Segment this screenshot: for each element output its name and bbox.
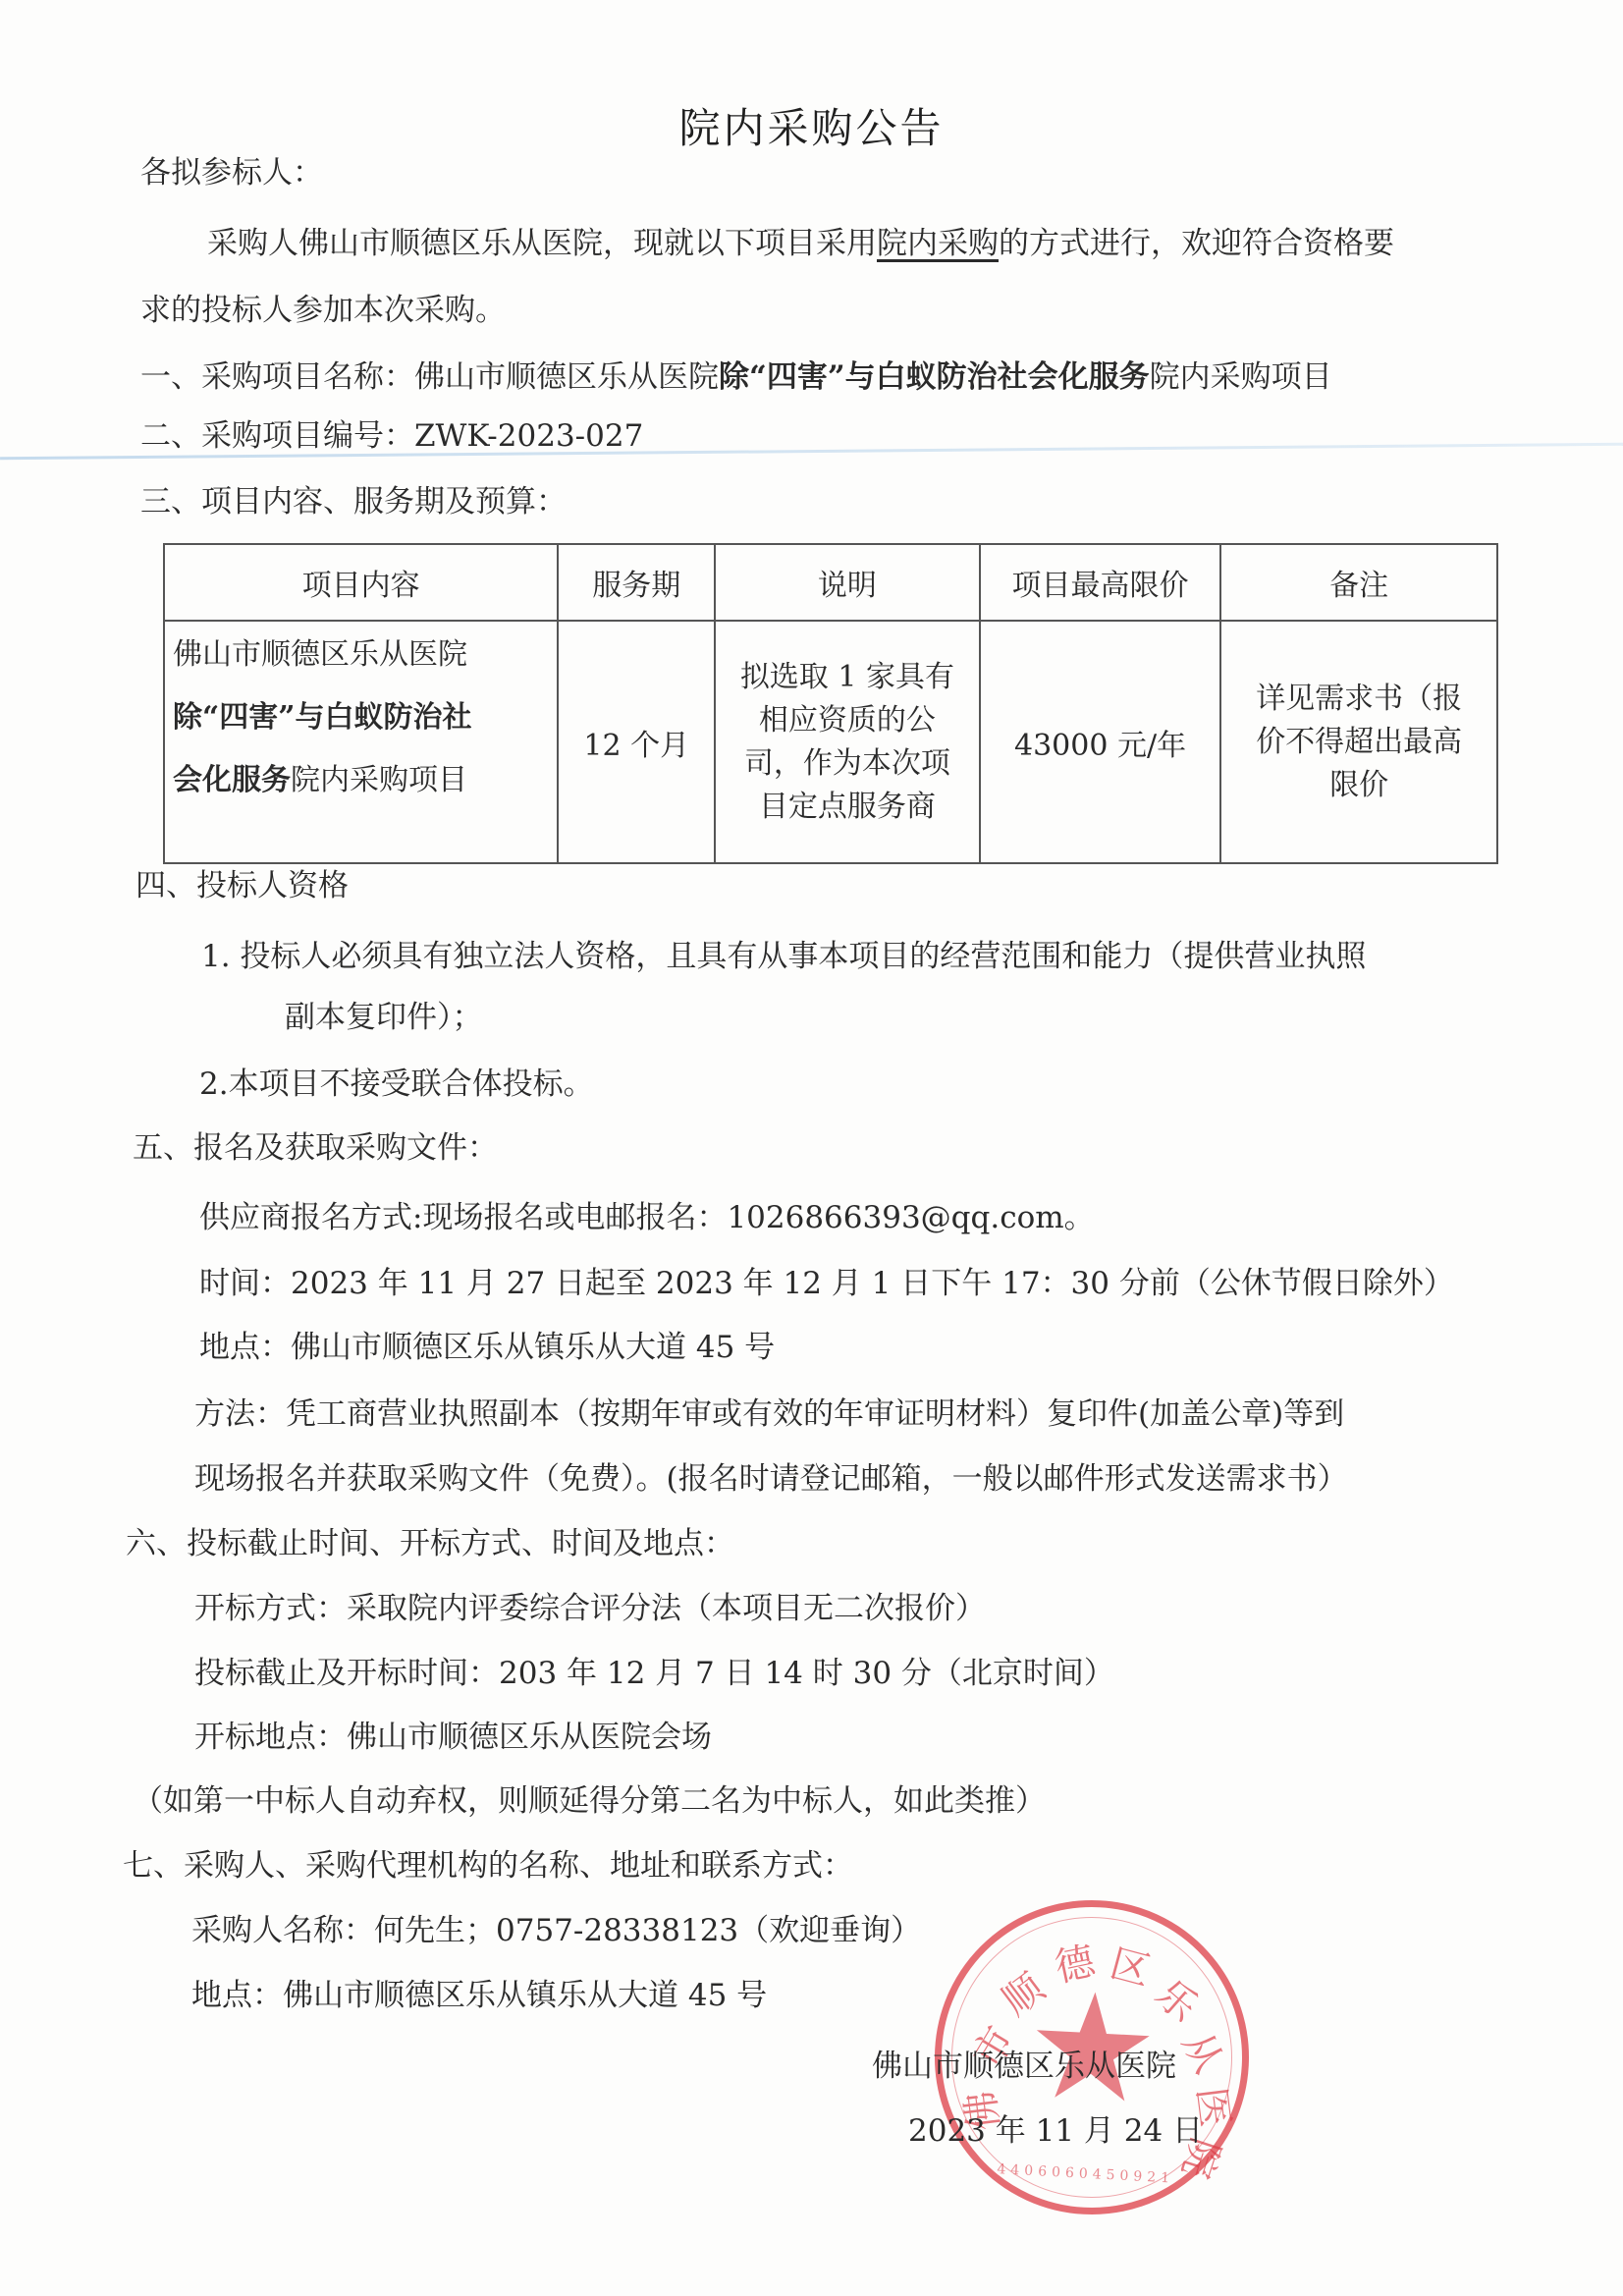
remark-line: 详见需求书（报 [1229,678,1488,721]
section-3-label: 三、项目内容、服务期及预算： [140,476,567,520]
remark-line: 限价 [1229,764,1488,807]
project-number: ZWK-2023-027 [414,418,643,454]
section-5-label: 五、报名及获取采购文件： [133,1122,498,1167]
table-row: 佛山市顺德区乐从医院 除“四害”与白蚁防治社 会化服务院内采购项目 12 个月 … [164,621,1497,863]
content-line-3: 会化服务院内采购项目 [173,749,549,812]
bid-opening-location: 开标地点：佛山市顺德区乐从医院会场 [194,1712,712,1756]
registration-time: 时间：2023 年 11 月 27 日起至 2023 年 12 月 1 日下午 … [199,1258,1454,1302]
signature-date: 2023 年 11 月 24 日 [908,2105,1203,2150]
section-4-label: 四、投标人资格 [135,860,349,904]
description-line: 司，作为本次项 [724,742,971,786]
project-name-suffix: 院内采购项目 [1150,359,1332,395]
header-content: 项目内容 [164,544,558,621]
bid-deadline: 投标截止及开标时间：203 年 12 月 7 日 14 时 30 分（北京时间） [194,1648,1114,1692]
procurement-method-underlined: 院内采购 [877,226,999,261]
remark-line: 价不得超出最高 [1229,721,1488,764]
content-line-3-bold: 会化服务 [173,763,291,797]
description-line: 目定点服务商 [724,786,971,829]
signature-organization: 佛山市顺德区乐从医院 [872,2041,1176,2085]
purchaser-contact: 采购人名称：何先生；0757-28338123（欢迎垂询） [191,1905,921,1949]
bid-opening-method: 开标方式：采取院内评委综合评分法（本项目无二次报价） [194,1583,986,1627]
cell-content: 佛山市顺德区乐从医院 除“四害”与白蚁防治社 会化服务院内采购项目 [164,621,558,863]
cell-description: 拟选取 1 家具有 相应资质的公 司，作为本次项 目定点服务商 [715,621,980,863]
header-period: 服务期 [558,544,715,621]
project-budget-table: 项目内容 服务期 说明 项目最高限价 备注 佛山市顺德区乐从医院 除“四害”与白… [163,543,1498,864]
intro-line-2: 求的投标人参加本次采购。 [140,285,506,329]
registration-location: 地点：佛山市顺德区乐从镇乐从大道 45 号 [199,1322,775,1366]
description-line: 拟选取 1 家具有 [724,656,971,699]
header-remark: 备注 [1220,544,1497,621]
procurement-notice-page: 院内采购公告 各拟参标人： 采购人佛山市顺德区乐从医院，现就以下项目采用院内采购… [0,0,1623,2296]
content-line-2: 除“四害”与白蚁防治社 [173,686,549,749]
salutation: 各拟参标人： [140,147,323,191]
section-2-project-number: 二、采购项目编号：ZWK-2023-027 [140,410,643,455]
intro-text-cont: 的方式进行，欢迎符合资格要 [999,226,1394,261]
qualification-1-line-2: 副本复印件）； [285,992,483,1036]
bid-fallback-note: （如第一中标人自动弃权，则顺延得分第二名为中标人，如此类推） [133,1776,1046,1820]
qualification-1-line-1: 1. 投标人必须具有独立法人资格，且具有从事本项目的经营范围和能力（提供营业执照 [201,931,1366,975]
section-2-label: 二、采购项目编号： [140,418,414,454]
header-description: 说明 [715,544,980,621]
project-name-bold: 除“四害”与白蚁防治社会化服务 [719,359,1150,395]
document-title: 院内采购公告 [0,96,1623,155]
cell-period: 12 个月 [558,621,715,863]
intro-line-1: 采购人佛山市顺德区乐从医院，现就以下项目采用院内采购的方式进行，欢迎符合资格要 [207,218,1394,262]
intro-text: 采购人佛山市顺德区乐从医院，现就以下项目采用 [207,226,877,261]
section-1-project-name: 一、采购项目名称：佛山市顺德区乐从医院除“四害”与白蚁防治社会化服务院内采购项目 [140,352,1332,396]
section-7-label: 七、采购人、采购代理机构的名称、地址和联系方式： [123,1840,853,1885]
purchaser-location: 地点：佛山市顺德区乐从镇乐从大道 45 号 [191,1970,767,2014]
project-name-prefix: 佛山市顺德区乐从医院 [414,359,719,395]
registration-method: 供应商报名方式:现场报名或电邮报名：1026866393@qq.com。 [199,1192,1095,1236]
header-max-price: 项目最高限价 [980,544,1221,621]
cell-max-price: 43000 元/年 [980,621,1221,863]
table-header-row: 项目内容 服务期 说明 项目最高限价 备注 [164,544,1497,621]
qualification-2: 2.本项目不接受联合体投标。 [199,1059,594,1103]
registration-method-detail-1: 方法：凭工商营业执照副本（按期年审或有效的年审证明材料）复印件(加盖公章)等到 [194,1389,1344,1433]
content-line-3-rest: 院内采购项目 [291,763,467,797]
description-line: 相应资质的公 [724,699,971,742]
section-6-label: 六、投标截止时间、开标方式、时间及地点： [126,1518,734,1562]
content-line-1: 佛山市顺德区乐从医院 [173,624,549,686]
cell-remark: 详见需求书（报 价不得超出最高 限价 [1220,621,1497,863]
section-1-label: 一、采购项目名称： [140,359,414,395]
registration-method-detail-2: 现场报名并获取采购文件（免费）。(报名时请登记邮箱，一般以邮件形式发送需求书） [194,1453,1348,1498]
